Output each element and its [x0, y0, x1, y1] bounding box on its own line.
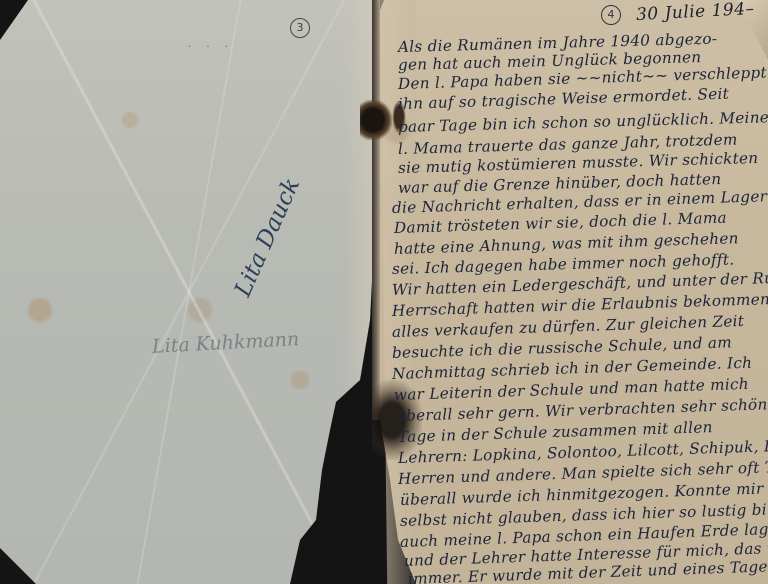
page-number-left: 3 — [290, 18, 310, 38]
page-number-right: 4 — [601, 5, 621, 25]
pencil-marks: · · · — [188, 42, 234, 53]
book-spine — [372, 0, 380, 420]
burn-hole — [360, 100, 392, 140]
diary-photo: 3 · · · Lita Dauck Lita Kuhkmann 4 30 Ju… — [0, 0, 768, 584]
left-page — [0, 0, 378, 584]
